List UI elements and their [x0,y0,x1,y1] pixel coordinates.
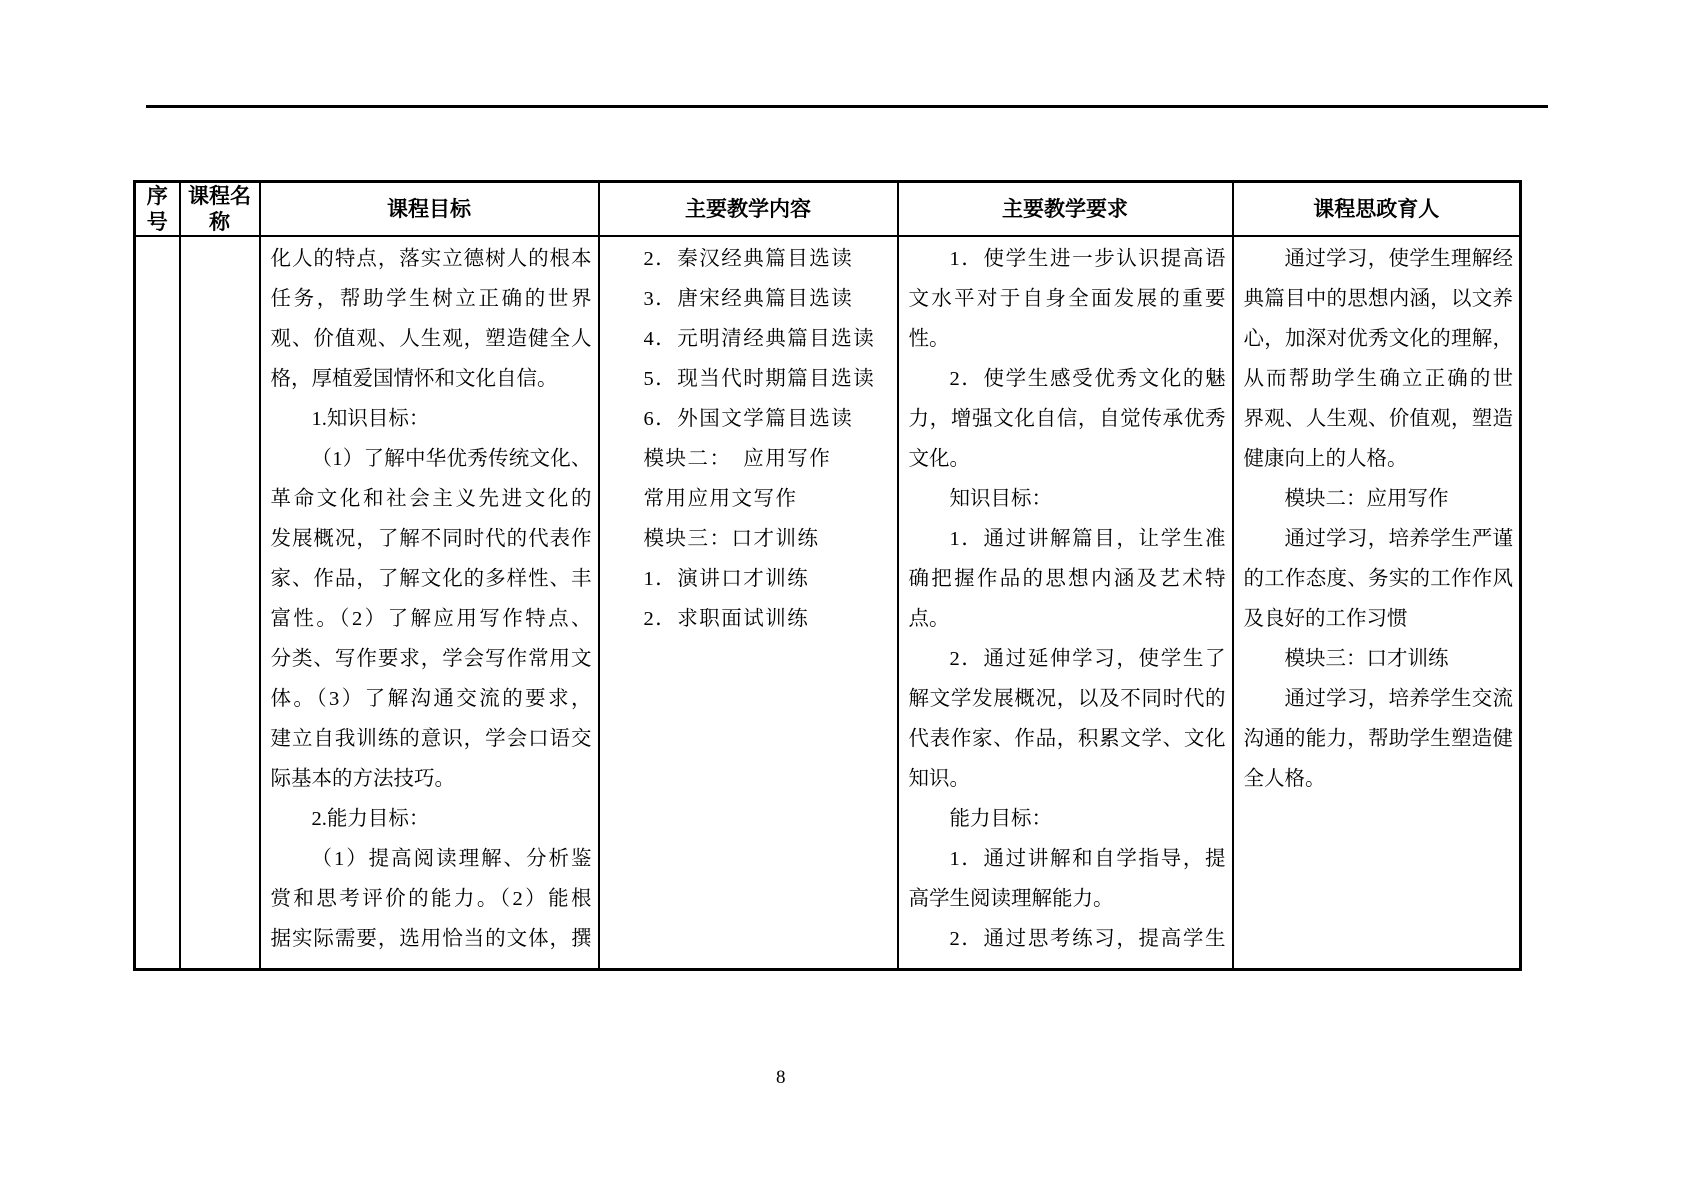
text-line: 全人格。 [1244,759,1514,799]
text-line: 3．唐宋经典篇目选读 [644,279,891,319]
text-line: 通过学习，使学生理解经 [1244,239,1514,279]
text-line: 5．现当代时期篇目选读 [644,359,891,399]
cell-teaching-requirements: 1．使学生进一步认识提高语文水平对于自身全面发展的重要性。2．使学生感受优秀文化… [898,236,1233,969]
text-line: 2．求职面试训练 [644,599,891,639]
cell-ideological-education: 通过学习，使学生理解经典篇目中的思想内涵，以文养心，加深对优秀文化的理解，从而帮… [1233,236,1521,969]
header-rule [146,105,1548,108]
text-line: 的工作态度、务实的工作作风 [1244,559,1514,599]
text-line: 界观、人生观、价值观，塑造 [1244,399,1514,439]
text-line: 观、价值观、人生观，塑造健全人 [271,319,592,359]
text-line: 1．通过讲解和自学指导，提 [909,839,1226,879]
text-line: 化人的特点，落实立德树人的根本 [271,239,592,279]
text-line: 1．通过讲解篇目，让学生准 [909,519,1226,559]
text-line: 富性。（2）了解应用写作特点、 [271,599,592,639]
text-line: 力，增强文化自信，自觉传承优秀 [909,399,1226,439]
document-page: 序号 课程名称 课程目标 主要教学内容 主要教学要求 课程思政育人 化人的特点，… [0,0,1684,1191]
text-line: 典篇目中的思想内涵，以文养 [1244,279,1514,319]
text-line: 格，厚植爱国情怀和文化自信。 [271,359,592,399]
cell-teaching-content: 2．秦汉经典篇目选读3．唐宋经典篇目选读4．元明清经典篇目选读5．现当代时期篇目… [599,236,898,969]
table-header-row: 序号 课程名称 课程目标 主要教学内容 主要教学要求 课程思政育人 [135,182,1521,237]
text-line: 及良好的工作习惯 [1244,599,1514,639]
text-line: 知识目标： [909,479,1226,519]
text-line: 沟通的能力，帮助学生塑造健 [1244,719,1514,759]
text-line: 从而帮助学生确立正确的世 [1244,359,1514,399]
text-line: 模块三：口才训练 [1244,639,1514,679]
text-line: 代表作家、作品，积累文学、文化 [909,719,1226,759]
cell-course-name [180,236,260,969]
text-line: 发展概况，了解不同时代的代表作 [271,519,592,559]
cell-serial-number [135,236,180,969]
course-syllabus-table: 序号 课程名称 课程目标 主要教学内容 主要教学要求 课程思政育人 化人的特点，… [133,180,1522,971]
table-body-row: 化人的特点，落实立德树人的根本任务，帮助学生树立正确的世界观、价值观、人生观，塑… [135,236,1521,969]
text-line: 文化。 [909,439,1226,479]
text-line: 2．通过思考练习，提高学生 [909,919,1226,959]
text-line: 心，加深对优秀文化的理解， [1244,319,1514,359]
text-line: 性。 [909,319,1226,359]
text-line: 确把握作品的思想内涵及艺术特 [909,559,1226,599]
text-line: 常用应用文写作 [644,479,891,519]
text-line: 据实际需要，选用恰当的文体，撰 [271,919,592,959]
header-course-objectives: 课程目标 [260,182,599,237]
text-line: 6．外国文学篇目选读 [644,399,891,439]
text-line: 2．秦汉经典篇目选读 [644,239,891,279]
text-line: 模块二：应用写作 [1244,479,1514,519]
header-serial-number: 序号 [135,182,180,237]
text-line: 任务，帮助学生树立正确的世界 [271,279,592,319]
text-line: 文水平对于自身全面发展的重要 [909,279,1226,319]
text-line: 体。（3）了解沟通交流的要求， [271,679,592,719]
text-line: 家、作品，了解文化的多样性、丰 [271,559,592,599]
text-line: 赏和思考评价的能力。（2）能根 [271,879,592,919]
text-line: 2.能力目标： [271,799,592,839]
text-line: 革命文化和社会主义先进文化的 [271,479,592,519]
text-line: 2．使学生感受优秀文化的魅 [909,359,1226,399]
cell-course-objectives: 化人的特点，落实立德树人的根本任务，帮助学生树立正确的世界观、价值观、人生观，塑… [260,236,599,969]
header-ideological-education: 课程思政育人 [1233,182,1521,237]
text-line: 际基本的方法技巧。 [271,759,592,799]
text-line: 分类、写作要求，学会写作常用文 [271,639,592,679]
text-line: 健康向上的人格。 [1244,439,1514,479]
text-line: 能力目标： [909,799,1226,839]
text-line: 1．演讲口才训练 [644,559,891,599]
text-line: 模块二： 应用写作 [644,439,891,479]
text-line: （1）提高阅读理解、分析鉴 [271,839,592,879]
header-teaching-requirements: 主要教学要求 [898,182,1233,237]
text-line: 通过学习，培养学生交流 [1244,679,1514,719]
text-line: 1．使学生进一步认识提高语 [909,239,1226,279]
text-line: 2．通过延伸学习，使学生了 [909,639,1226,679]
header-course-name: 课程名称 [180,182,260,237]
text-line: 4．元明清经典篇目选读 [644,319,891,359]
text-line: 通过学习，培养学生严谨 [1244,519,1514,559]
text-line: 建立自我训练的意识，学会口语交 [271,719,592,759]
text-line: 点。 [909,599,1226,639]
text-line: 1.知识目标： [271,399,592,439]
header-teaching-content: 主要教学内容 [599,182,898,237]
text-line: （1）了解中华优秀传统文化、 [271,439,592,479]
text-line: 高学生阅读理解能力。 [909,879,1226,919]
page-number: 8 [776,1066,786,1090]
text-line: 知识。 [909,759,1226,799]
text-line: 模块三：口才训练 [644,519,891,559]
text-line: 解文学发展概况，以及不同时代的 [909,679,1226,719]
